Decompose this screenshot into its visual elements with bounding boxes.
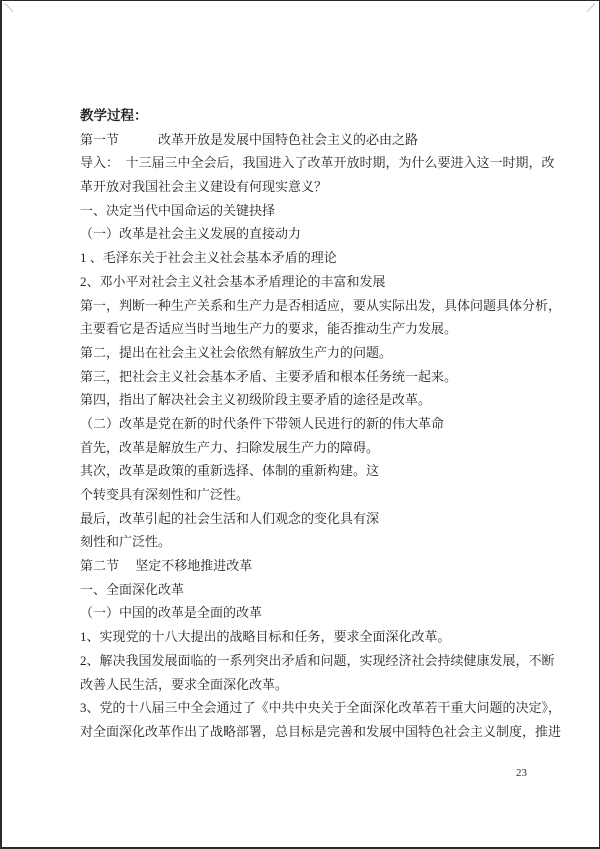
text-line: （二）改革是党在新的时代条件下带领人民进行的新的伟大革命 (80, 412, 550, 436)
text-line: 主要看它是否适应当时当地生产力的要求，能否推动生产力发展。 (80, 317, 550, 341)
text-line: 导入： 十三届三中全会后，我国进入了改革开放时期，为什么要进入这一时期，改 (80, 151, 550, 175)
text-line: 对全面深化改革作出了战略部署，总目标是完善和发展中国特色社会主义制度，推进 (80, 720, 550, 744)
text-line: 第三，把社会主义社会基本矛盾、主要矛盾和根本任务统一起来。 (80, 365, 550, 389)
text-line: 2、解决我国发展面临的一系列突出矛盾和问题，实现经济社会持续健康发展，不断 (80, 649, 550, 673)
page-number: 23 (516, 767, 527, 779)
text-line: 第二，提出在社会主义社会依然有解放生产力的问题。 (80, 341, 550, 365)
text-line: 其次，改革是政策的重新选择、体制的重新构建。这 (80, 459, 550, 483)
text-line: 革开放对我国社会主义建设有何现实意义？ (80, 175, 550, 199)
scan-artifact-top-left (4, 3, 13, 12)
text-line: 1 、毛泽东关于社会主义社会基本矛盾的理论 (80, 246, 550, 270)
text-line: 一、决定当代中国命运的关键抉择 (80, 199, 550, 223)
text-line: 第二节 坚定不移地推进改革 (80, 554, 550, 578)
scanned-document-page: 教学过程：第一节 改革开放是发展中国特色社会主义的必由之路导入： 十三届三中全会… (0, 0, 600, 849)
text-line: 教学过程： (80, 104, 550, 128)
text-line: 第一，判断一种生产关系和生产力是否相适应，要从实际出发，具体问题具体分析， (80, 294, 550, 318)
text-line: 最后，改革引起的社会生活和人们观念的变化具有深 (80, 507, 550, 531)
text-line: 首先，改革是解放生产力、扫除发展生产力的障碍。 (80, 436, 550, 460)
text-line: 一、全面深化改革 (80, 578, 550, 602)
text-line: 刻性和广泛性。 (80, 530, 550, 554)
text-line: 2、邓小平对社会主义社会基本矛盾理论的丰富和发展 (80, 270, 550, 294)
document-body: 教学过程：第一节 改革开放是发展中国特色社会主义的必由之路导入： 十三届三中全会… (80, 104, 550, 744)
text-line: 第四，指出了解决社会主义初级阶段主要矛盾的途径是改革。 (80, 388, 550, 412)
text-line: 改善人民生活，要求全面深化改革。 (80, 673, 550, 697)
text-line: （一）中国的改革是全面的改革 (80, 601, 550, 625)
scan-artifact-top-right (586, 3, 595, 12)
text-line: （一）改革是社会主义发展的直接动力 (80, 222, 550, 246)
text-line: 1、实现党的十八大提出的战略目标和任务，要求全面深化改革。 (80, 625, 550, 649)
text-line: 3、党的十八届三中全会通过了《中共中央关于全面深化改革若干重大问题的决定》， (80, 696, 550, 720)
text-line: 个转变具有深刻性和广泛性。 (80, 483, 550, 507)
text-line: 第一节 改革开放是发展中国特色社会主义的必由之路 (80, 128, 550, 152)
